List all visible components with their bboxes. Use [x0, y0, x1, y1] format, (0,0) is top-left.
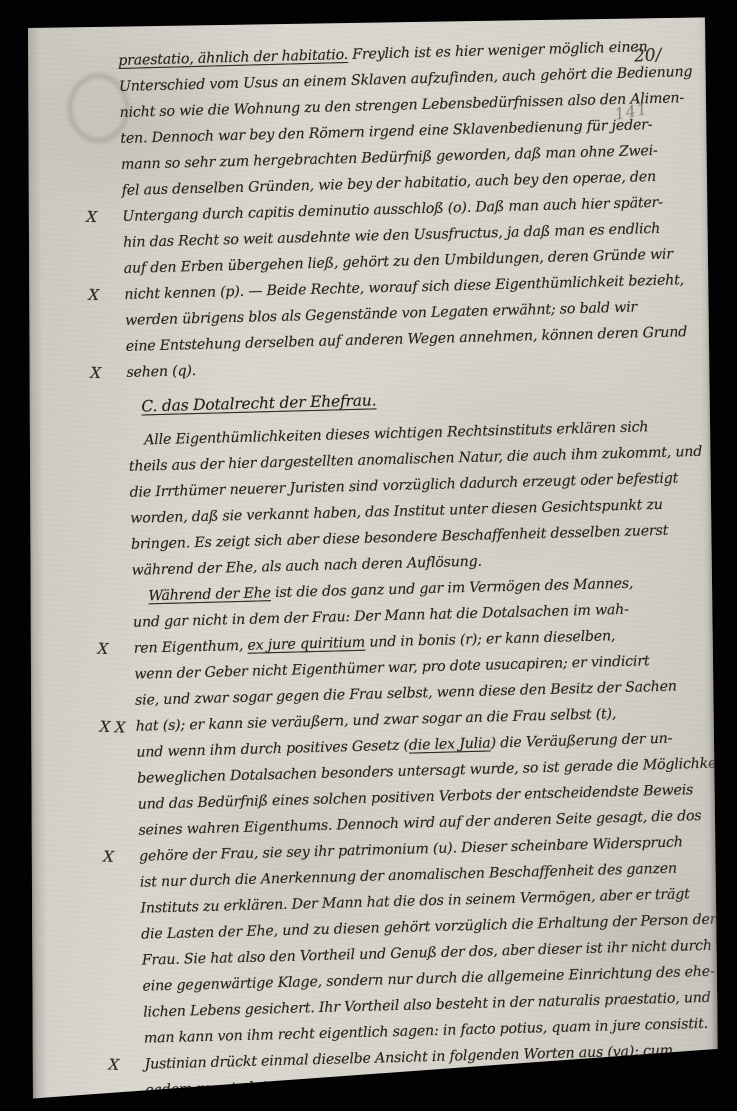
margin-x-mark: X [108, 1051, 143, 1078]
margin-x-mark: X [86, 204, 121, 231]
section-heading: C. das Dotalrecht der Ehefrau. [141, 378, 723, 419]
margin-x-mark: X X [99, 713, 134, 740]
margin-x-mark: X [103, 843, 138, 870]
text-block: praestatio, ähnlich der habitatio. Freyl… [118, 32, 737, 1103]
line-text: C. das Dotalrecht der Ehefrau. [141, 391, 376, 415]
manuscript-page: 20/ 141 praestatio, ähnlich der habitati… [22, 17, 718, 1100]
line-text: sehen (q). [126, 363, 196, 381]
scan-background: 20/ 141 praestatio, ähnlich der habitati… [0, 0, 737, 1111]
margin-x-mark: X [97, 636, 132, 663]
margin-x-mark: X [90, 360, 125, 387]
margin-x-mark: X [88, 282, 123, 309]
